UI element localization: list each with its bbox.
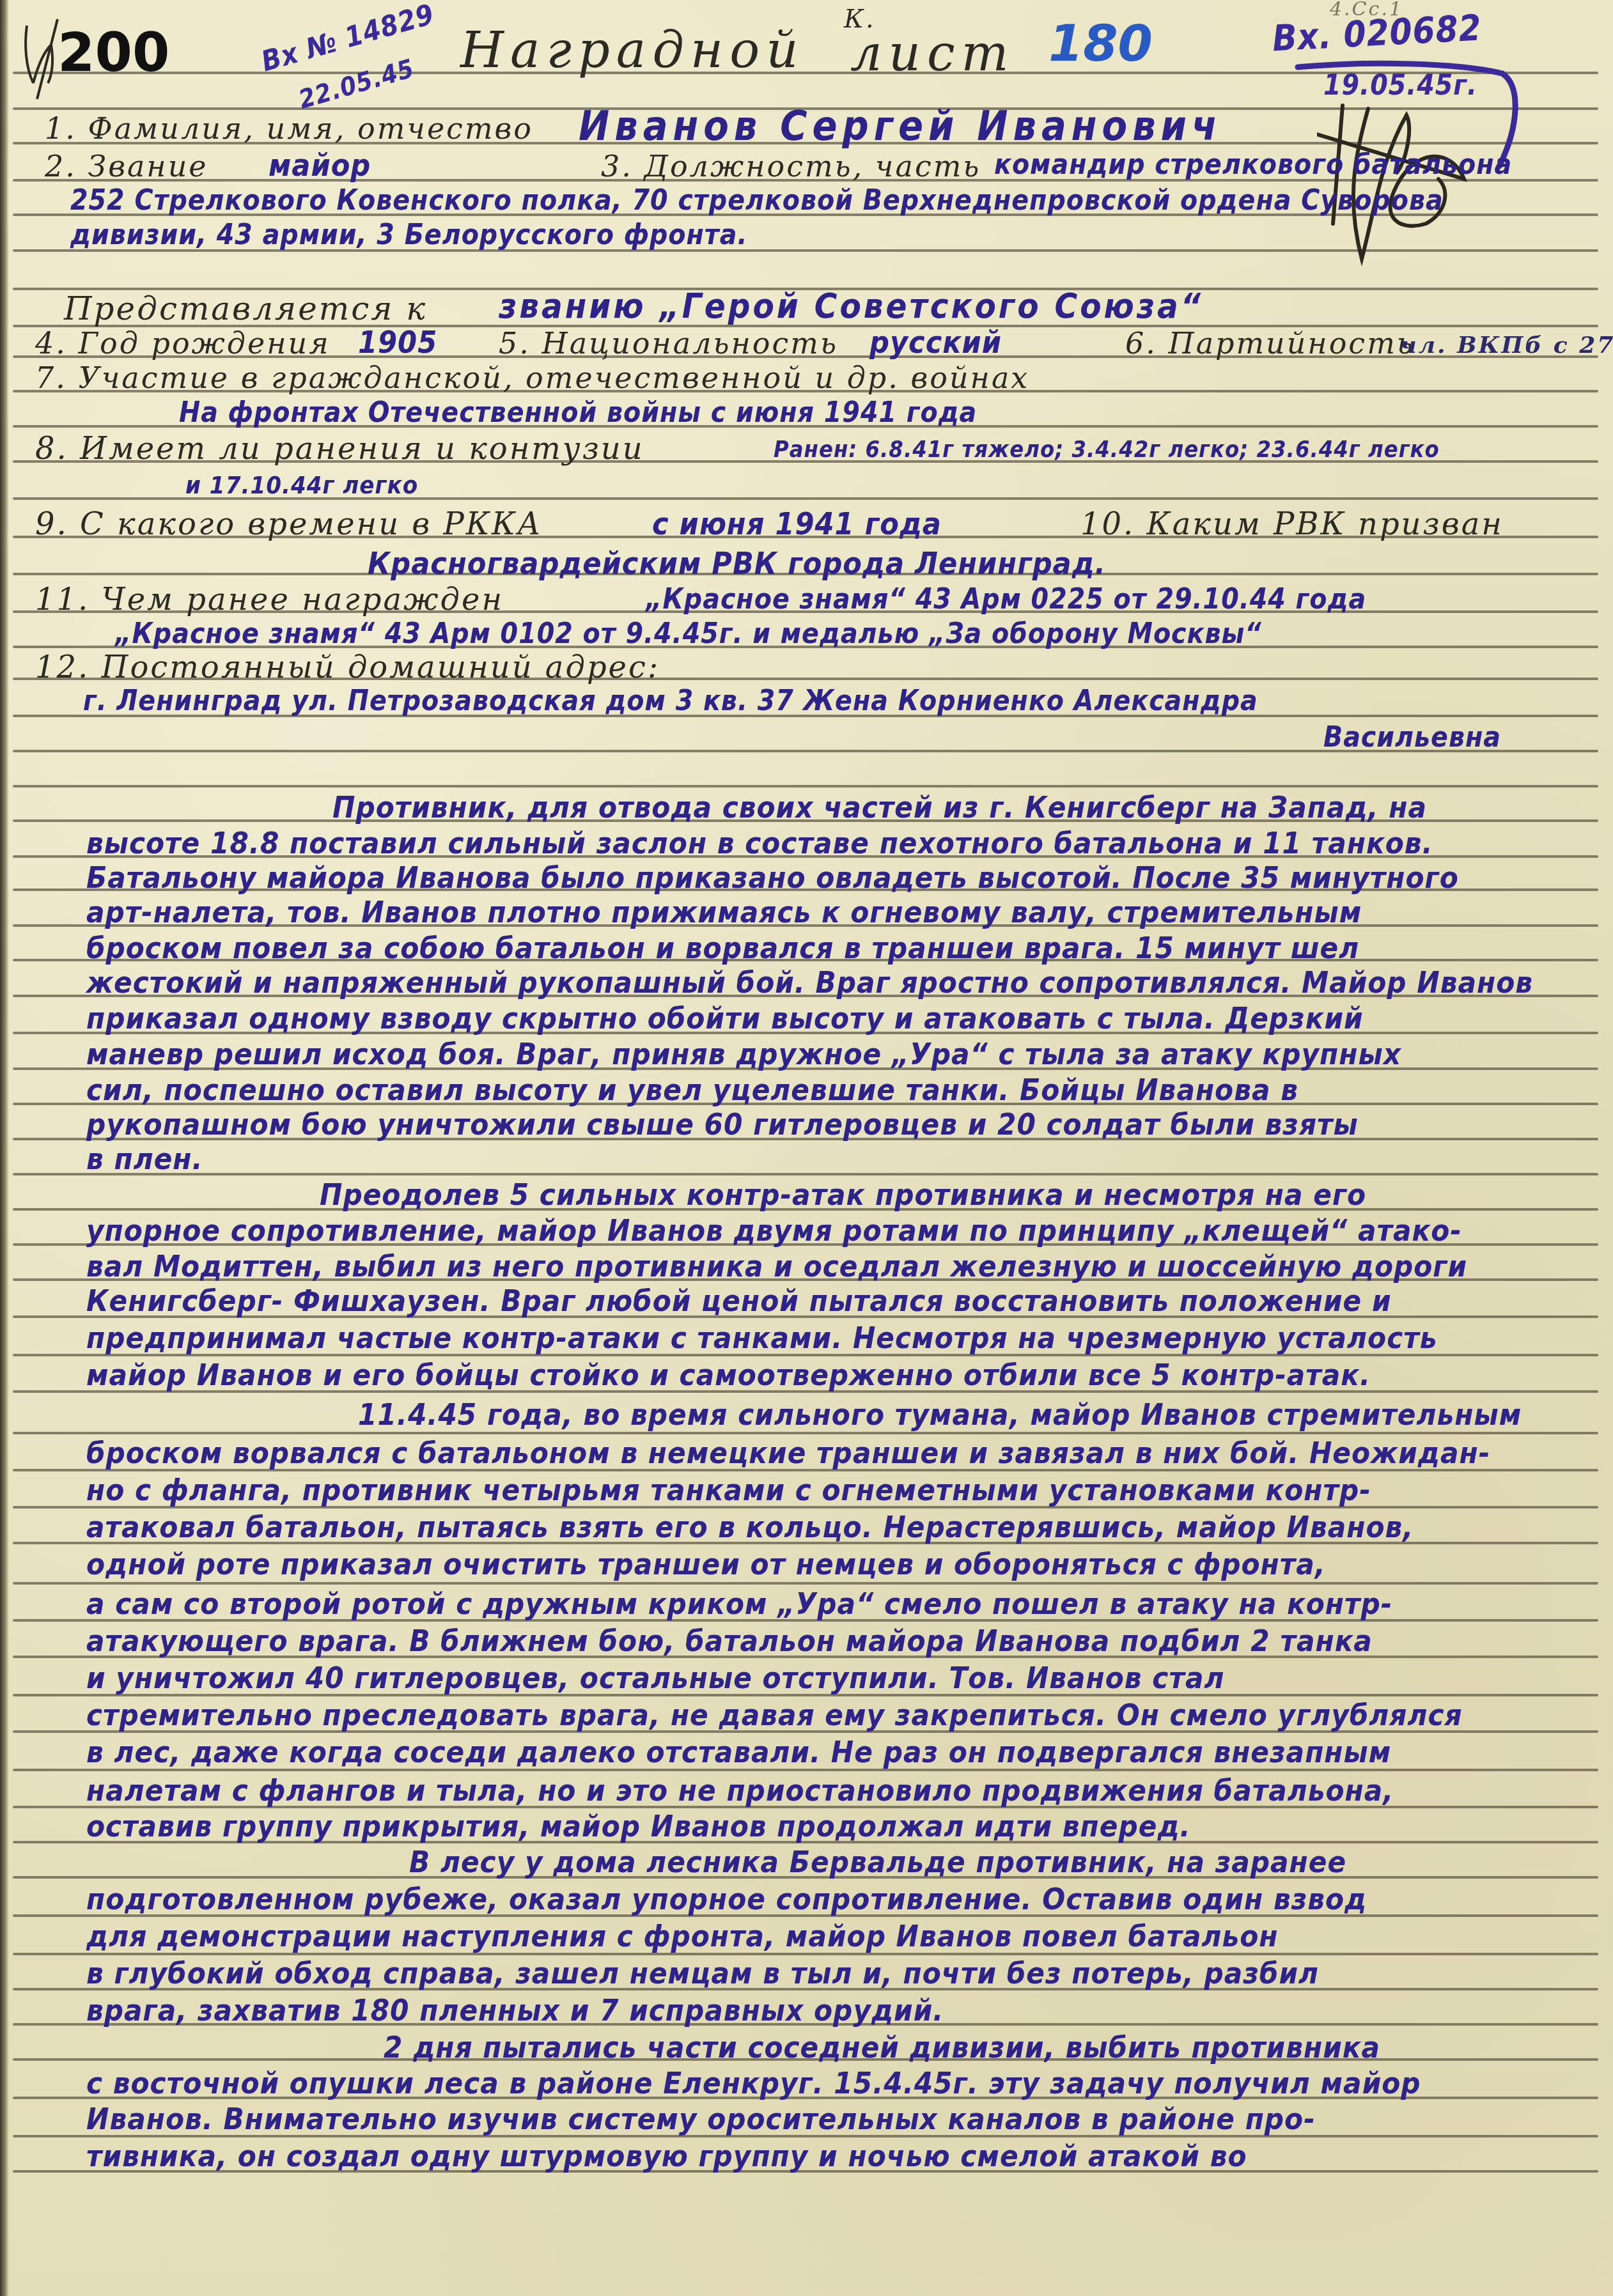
field-8-value-line-1: Ранен: 6.8.41г тяжело; 3.4.42г легко; 23… bbox=[774, 438, 1440, 462]
field-10-label: 10. Каким РВК призван bbox=[1080, 509, 1504, 539]
narrative-line: одной роте приказал очистить траншеи от … bbox=[86, 1549, 1326, 1579]
narrative-line: в глубокий обход справа, зашел немцам в … bbox=[86, 1959, 1319, 1989]
field-8-value-line-2: и 17.10.44г легко bbox=[185, 473, 418, 497]
field-11-value-line-1: „Красное знамя“ 43 Арм 0225 от 29.10.44 … bbox=[646, 586, 1366, 614]
field-4-label: 4. Год рождения bbox=[35, 329, 331, 358]
rule-line bbox=[13, 785, 1598, 787]
field-1-label: 1. Фамилия, имя, отчество bbox=[45, 114, 533, 143]
title-nagradnoi: Наградной bbox=[460, 26, 804, 75]
field-8-label: 8. Имеет ли ранения и контузии bbox=[35, 433, 644, 464]
narrative-line: в лес, даже когда соседи далеко отставал… bbox=[86, 1737, 1391, 1767]
document-number: 200 bbox=[58, 26, 169, 79]
narrative-line: атакующего врага. В ближнем бою, батальо… bbox=[86, 1626, 1373, 1656]
field-6-value-party: чл. ВКПб с 27г. bbox=[1400, 334, 1613, 357]
narrative-line: стремительно преследовать врага, не дава… bbox=[86, 1700, 1463, 1730]
narrative-line: налетам с флангов и тыла, но и это не пр… bbox=[86, 1776, 1394, 1806]
narrative-line: В лесу у дома лесника Бервальде противни… bbox=[409, 1847, 1346, 1877]
narrative-line: вал Модиттен, выбил из него противника и… bbox=[86, 1252, 1467, 1282]
field-5-label: 5. Национальность bbox=[499, 329, 838, 358]
sheet-number-blue-pencil: 180 bbox=[1048, 19, 1153, 69]
field-3-value-line-3: дивизии, 43 армии, 3 Белорусского фронта… bbox=[70, 221, 748, 249]
field-11-label: 11. Чем ранее награжден bbox=[35, 584, 504, 615]
right-register-number: Вх. 020682 bbox=[1272, 10, 1483, 57]
narrative-line: 11.4.45 года, во время сильного тумана, … bbox=[358, 1400, 1522, 1430]
field-10-value: Красногвардейским РВК города Ленинград. bbox=[368, 548, 1106, 579]
field-7-value: На фронтах Отечественной войны с июня 19… bbox=[179, 399, 977, 427]
narrative-line: атаковал батальон, пытаясь взять его в к… bbox=[86, 1512, 1414, 1542]
field-3-value-line-2: 252 Стрелкового Ковенского полка, 70 стр… bbox=[70, 187, 1444, 215]
narrative-line: предпринимал частые контр-атаки с танкам… bbox=[86, 1323, 1437, 1353]
scan-left-edge bbox=[0, 0, 9, 2296]
narrative-line: майор Иванов и его бойцы стойко и самоот… bbox=[86, 1360, 1371, 1390]
narrative-line: 2 дня пытались части соседней дивизии, в… bbox=[384, 2033, 1380, 2063]
narrative-line: Противник, для отвода своих частей из г.… bbox=[332, 793, 1427, 823]
narrative-line: и уничтожил 40 гитлеровцев, остальные от… bbox=[86, 1663, 1224, 1693]
narrative-line: тивника, он создал одну штурмовую группу… bbox=[86, 2141, 1247, 2171]
field-12-label: 12. Постоянный домашний адрес: bbox=[35, 652, 660, 683]
narrative-line: Кенигсберг- Фишхаузен. Враг любой ценой … bbox=[86, 1286, 1392, 1316]
narrative-line: маневр решил исход боя. Враг, приняв дру… bbox=[86, 1039, 1401, 1069]
narrative-line: Иванов. Внимательно изучив систему ороси… bbox=[86, 2104, 1316, 2134]
narrative-line: сил, поспешно оставил высоту и увел уцел… bbox=[86, 1075, 1298, 1105]
award-sheet-document: 200 Вх № 14829 22.05.45 Наградной К. лис… bbox=[0, 0, 1613, 2296]
field-7-label: 7. Участие в гражданской, отечественной … bbox=[35, 363, 1029, 392]
narrative-line: но с фланга, противник четырьмя танками … bbox=[86, 1475, 1371, 1505]
narrative-line: приказал одному взводу скрытно обойти вы… bbox=[86, 1004, 1364, 1034]
narrative-line: с восточной опушки леса в районе Еленкру… bbox=[86, 2068, 1421, 2098]
field-12-value-line-1: г. Ленинград ул. Петрозаводская дом 3 кв… bbox=[83, 687, 1258, 715]
rule-line bbox=[13, 1173, 1598, 1175]
title-list: лист bbox=[850, 29, 1015, 79]
narrative-line: для демонстрации наступления с фронта, м… bbox=[86, 1921, 1279, 1951]
field-2-value-rank: майор bbox=[269, 150, 371, 181]
right-register-date: 19.05.45г. bbox=[1323, 72, 1477, 100]
narrative-line: врага, захватив 180 пленных и 7 исправны… bbox=[86, 1996, 944, 2026]
nomination-label: Представляется к bbox=[64, 293, 427, 325]
narrative-line: оставив группу прикрытия, майор Иванов п… bbox=[86, 1811, 1191, 1842]
narrative-line: в плен. bbox=[86, 1144, 203, 1174]
narrative-line: жестокий и напряженный рукопашный бой. В… bbox=[86, 968, 1533, 998]
narrative-line: броском повел за собою батальон и ворвал… bbox=[86, 933, 1359, 963]
rule-line bbox=[13, 1582, 1598, 1585]
narrative-line: Батальону майора Иванова было приказано … bbox=[86, 863, 1459, 893]
narrative-line: а сам со второй ротой с дружным криком „… bbox=[86, 1589, 1392, 1619]
narrative-line: высоте 18.8 поставил сильный заслон в со… bbox=[86, 828, 1433, 858]
narrative-line: рукопашном бою уничтожили свыше 60 гитле… bbox=[86, 1110, 1359, 1140]
narrative-line: арт-налета, тов. Иванов плотно прижимаяс… bbox=[86, 897, 1362, 927]
field-5-value-nationality: русский bbox=[869, 327, 1002, 358]
narrative-line: Преодолев 5 сильных контр-атак противник… bbox=[320, 1180, 1366, 1210]
field-12-value-line-2: Васильевна bbox=[1323, 724, 1501, 752]
narrative-line: подготовленном рубеже, оказал упорное со… bbox=[86, 1884, 1367, 1914]
field-4-value-birth-year: 1905 bbox=[358, 327, 437, 358]
field-9-label: 9. С какого времени в РККА bbox=[35, 509, 543, 539]
narrative-line: броском ворвался с батальоном в немецкие… bbox=[86, 1438, 1490, 1468]
narrative-line: упорное сопротивление, майор Иванов двум… bbox=[86, 1216, 1462, 1246]
nomination-value-title: званию „Герой Советского Союза“ bbox=[499, 289, 1203, 323]
field-3-value-line-1: командир стрелкового батальона bbox=[994, 151, 1512, 179]
field-2-label: 2. Звание bbox=[45, 151, 208, 181]
field-11-value-line-2: „Красное знамя“ 43 Арм 0102 от 9.4.45г. … bbox=[115, 620, 1262, 648]
field-1-value-full-name: Иванов Сергей Иванович bbox=[579, 106, 1222, 147]
field-3-label: 3. Должность, часть bbox=[601, 151, 981, 181]
field-6-label: 6. Партийность bbox=[1125, 329, 1415, 358]
field-9-value: с июня 1941 года bbox=[652, 509, 942, 539]
